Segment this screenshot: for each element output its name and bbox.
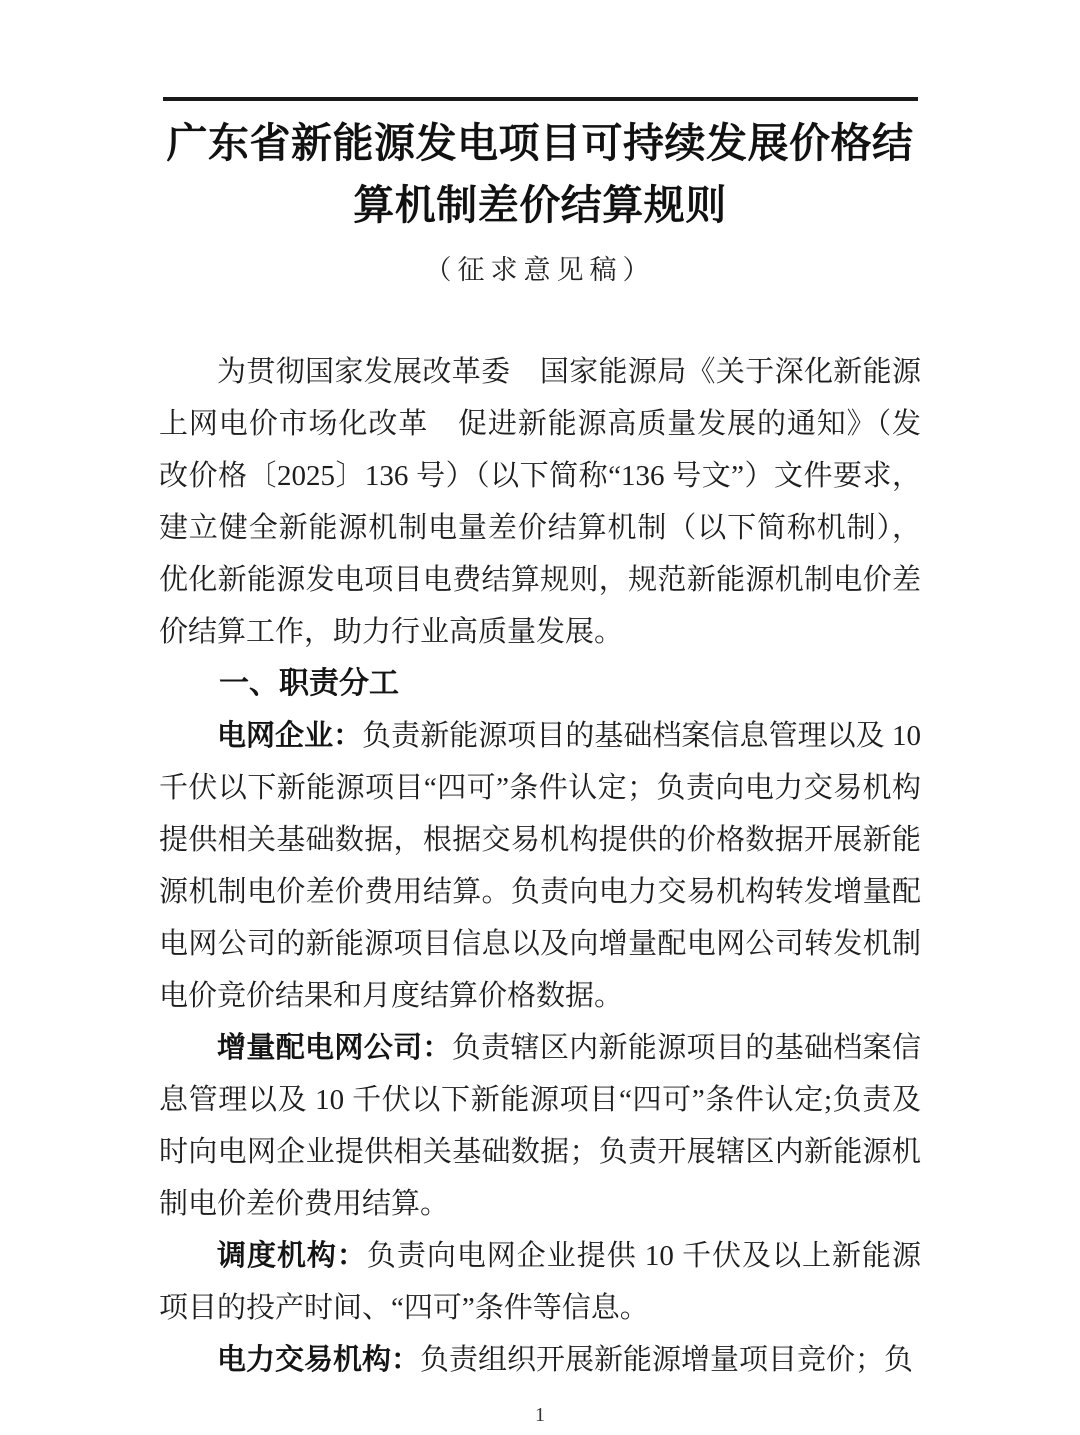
role-text-power-trading-agency: 负责组织开展新能源增量项目竞价；负: [420, 1344, 913, 1376]
document-title: 广东省新能源发电项目可持续发展价格结算机制差价结算规则: [160, 112, 920, 236]
role-lead-incremental-distribution: 增量配电网公司：: [217, 1032, 452, 1064]
intro-paragraph: 为贯彻国家发展改革委 国家能源局《关于深化新能源上网电价市场化改革 促进新能源高…: [159, 346, 921, 658]
role-paragraph-grid-enterprise: 电网企业：负责新能源项目的基础档案信息管理以及 10 千伏以下新能源项目“四可”…: [159, 710, 921, 1022]
role-paragraph-incremental-distribution: 增量配电网公司：负责辖区内新能源项目的基础档案信息管理以及 10 千伏以下新能源…: [159, 1022, 921, 1230]
header-rule: [163, 97, 918, 101]
role-lead-dispatch-agency: 调度机构：: [217, 1240, 367, 1272]
page-number: 1: [0, 1403, 1080, 1427]
role-text-grid-enterprise: 负责新能源项目的基础档案信息管理以及 10 千伏以下新能源项目“四可”条件认定；…: [159, 720, 921, 1012]
document-subtitle: （征求意见稿）: [160, 250, 920, 290]
role-lead-power-trading-agency: 电力交易机构：: [217, 1344, 420, 1376]
section-heading-duties: 一、职责分工: [159, 658, 921, 710]
document-body: 为贯彻国家发展改革委 国家能源局《关于深化新能源上网电价市场化改革 促进新能源高…: [159, 346, 921, 1386]
role-paragraph-dispatch-agency: 调度机构：负责向电网企业提供 10 千伏及以上新能源项目的投产时间、“四可”条件…: [159, 1230, 921, 1334]
document-page: 广东省新能源发电项目可持续发展价格结算机制差价结算规则 （征求意见稿） 为贯彻国…: [0, 0, 1080, 1435]
role-paragraph-power-trading-agency: 电力交易机构：负责组织开展新能源增量项目竞价；负: [159, 1334, 921, 1386]
role-lead-grid-enterprise: 电网企业：: [217, 720, 362, 752]
